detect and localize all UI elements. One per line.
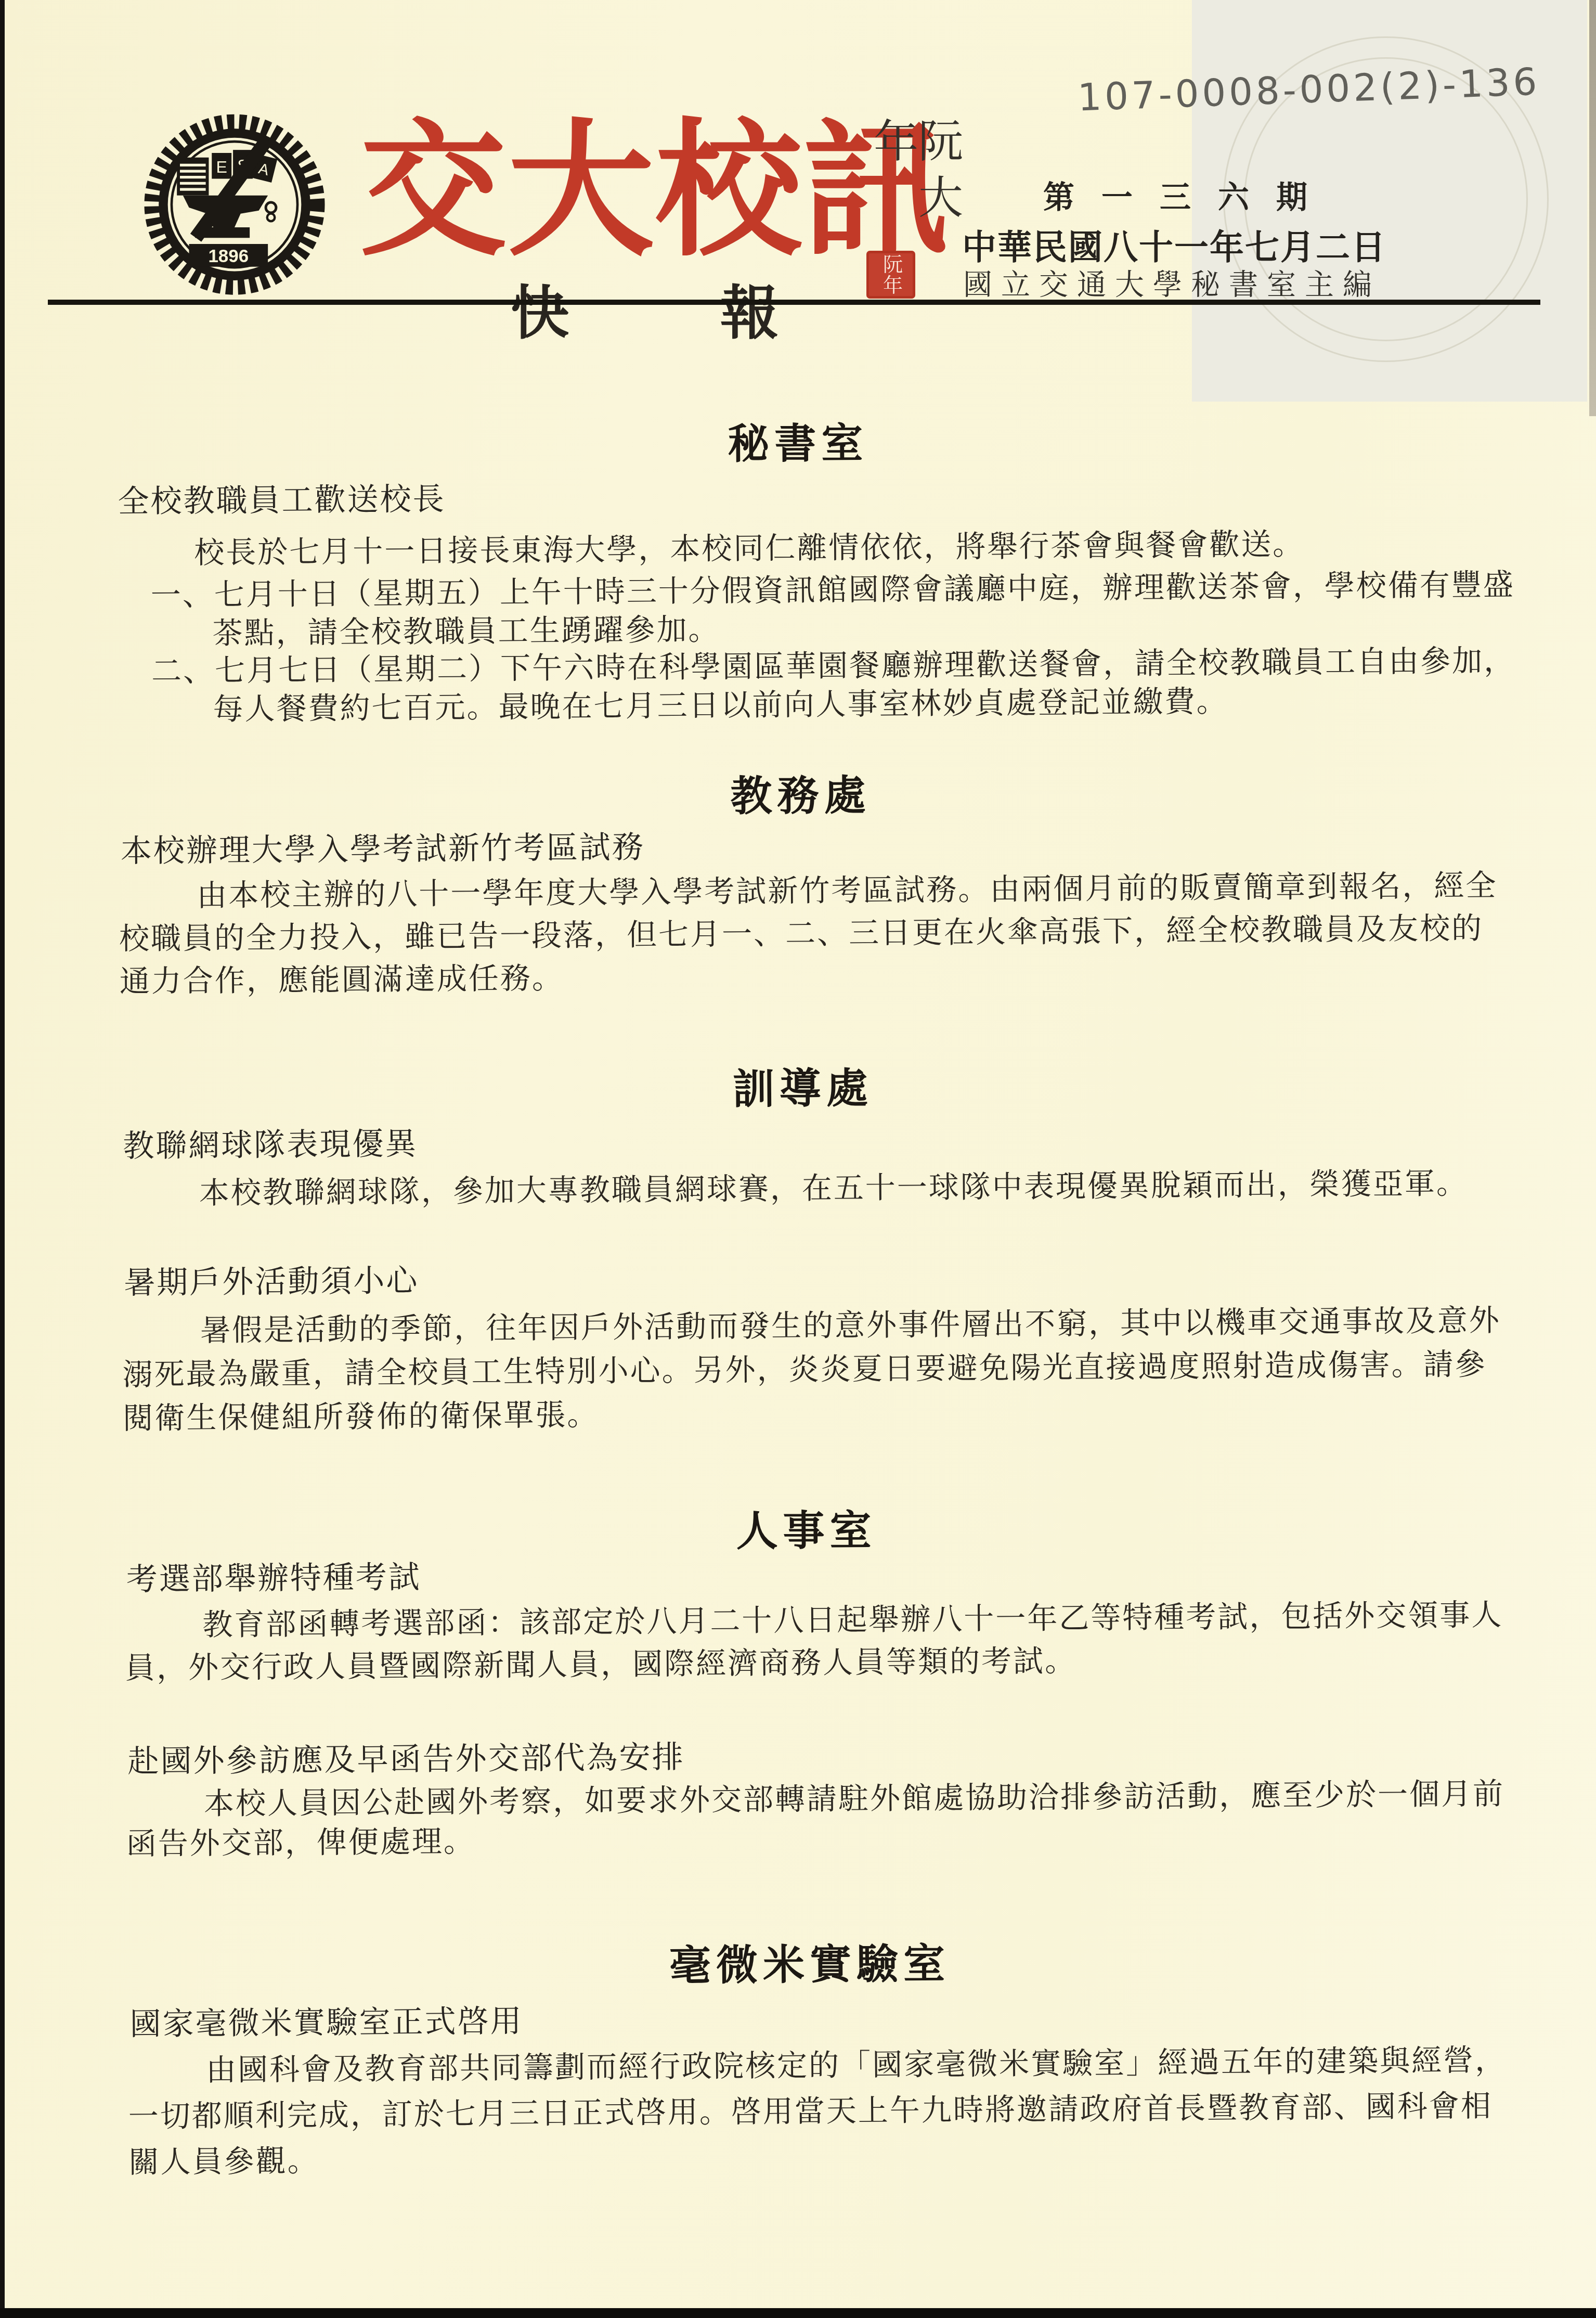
section-title-academic-affairs: 教務處 bbox=[3, 756, 1596, 828]
body-line: 校職員的全力投入，雖已告一段落，但七月一、二、三日更在火傘高張下，經全校教職員及… bbox=[119, 913, 1483, 955]
body-line: 通力合作，應能圓滿達成任務。 bbox=[120, 963, 564, 997]
body-line: 關人員參觀。 bbox=[128, 2146, 319, 2178]
article-heading: 本校辦理大學入學考試新竹考區試務 bbox=[120, 822, 645, 871]
article-heading: 國家毫微米實驗室正式啓用 bbox=[129, 1997, 523, 2044]
body-line: 函告外交部，俾便處理。 bbox=[126, 1826, 475, 1859]
article-heading: 教聯網球隊表現優異 bbox=[123, 1119, 418, 1166]
body-line: 由國科會及教育部共同籌劃而經行政院核定的「國家毫微米實驗室」經過五年的建築與經營… bbox=[206, 2045, 1507, 2086]
article-heading: 全校教職員工歡送校長 bbox=[118, 474, 446, 522]
body-line: 二、七月七日（星期二）下午六時在科學園區華園餐廳辦理歡送餐會，請全校教職員工自由… bbox=[151, 646, 1515, 687]
section-title-secretariat: 秘書室 bbox=[0, 404, 1596, 476]
body-line: 一、七月十日（星期五）上午十時三十分假資訊館國際會議廳中庭，辦理歡送茶會，學校備… bbox=[151, 570, 1515, 611]
body-line: 閱衛生保健組所發佈的衛保單張。 bbox=[123, 1400, 599, 1434]
body-line: 溺死最為嚴重，請全校員工生特別小心。另外，炎炎夏日要避免陽光直接過度照射造成傷害… bbox=[122, 1349, 1486, 1390]
section-title-nanometer-lab: 毫微米實驗室 bbox=[11, 1925, 1596, 1997]
article-heading: 赴國外參訪應及早函告外交部代為安排 bbox=[127, 1732, 685, 1781]
body-line: 本校教聯網球隊，參加大專教職員網球賽，在五十一球隊中表現優異脫穎而出，榮獲亞軍。 bbox=[199, 1168, 1468, 1208]
body-line: 茶點，請全校教職員工生踴躍參加。 bbox=[212, 614, 720, 649]
body-line: 校長於七月十一日接長東海大學，本校同仁離情依依，將舉行茶會與餐會歡送。 bbox=[194, 530, 1304, 569]
section-title-student-affairs: 訓導處 bbox=[5, 1049, 1596, 1121]
page-body: 秘書室 全校教職員工歡送校長 校長於七月十一日接長東海大學，本校同仁離情依依，將… bbox=[0, 0, 1596, 2318]
body-line: 由本校主辦的八十一學年度大學入學考試新竹考區試務。由兩個月前的販賣簡章到報名，經… bbox=[197, 871, 1497, 911]
editor-line: 國立交通大學秘書室主編 bbox=[963, 262, 1381, 303]
body-line: 教育部函轉考選部函：該部定於八月二十八日起舉辦八十一年乙等特種考試，包括外交領事… bbox=[202, 1600, 1503, 1641]
scanned-newsletter-page: { "annotation": "107-0008-002(2)-136", "… bbox=[0, 0, 1596, 2318]
body-line: 一切都順利完成，訂於七月三日正式啓用。啓用當天上午九時將邀請政府首長暨教育部、國… bbox=[128, 2091, 1493, 2132]
body-line: 員，外交行政人員暨國際新聞人員，國際經濟商務人員等類的考試。 bbox=[125, 1646, 1076, 1683]
body-line: 暑假是活動的季節，往年因戶外活動而發生的意外事件層出不窮，其中以機車交通事故及意… bbox=[200, 1306, 1501, 1346]
section-title-personnel: 人事室 bbox=[8, 1491, 1596, 1563]
body-line: 每人餐費約七百元。最晚在七月三日以前向人事室林妙貞處登記並繳費。 bbox=[213, 687, 1228, 725]
article-heading: 考選部舉辦特種考試 bbox=[126, 1552, 421, 1599]
body-line: 本校人員因公赴國外考察，如要求外交部轉請駐外館處協助洽排參訪活動，應至少於一個月… bbox=[204, 1779, 1504, 1820]
article-heading: 暑期戶外活動須小心 bbox=[124, 1256, 419, 1303]
